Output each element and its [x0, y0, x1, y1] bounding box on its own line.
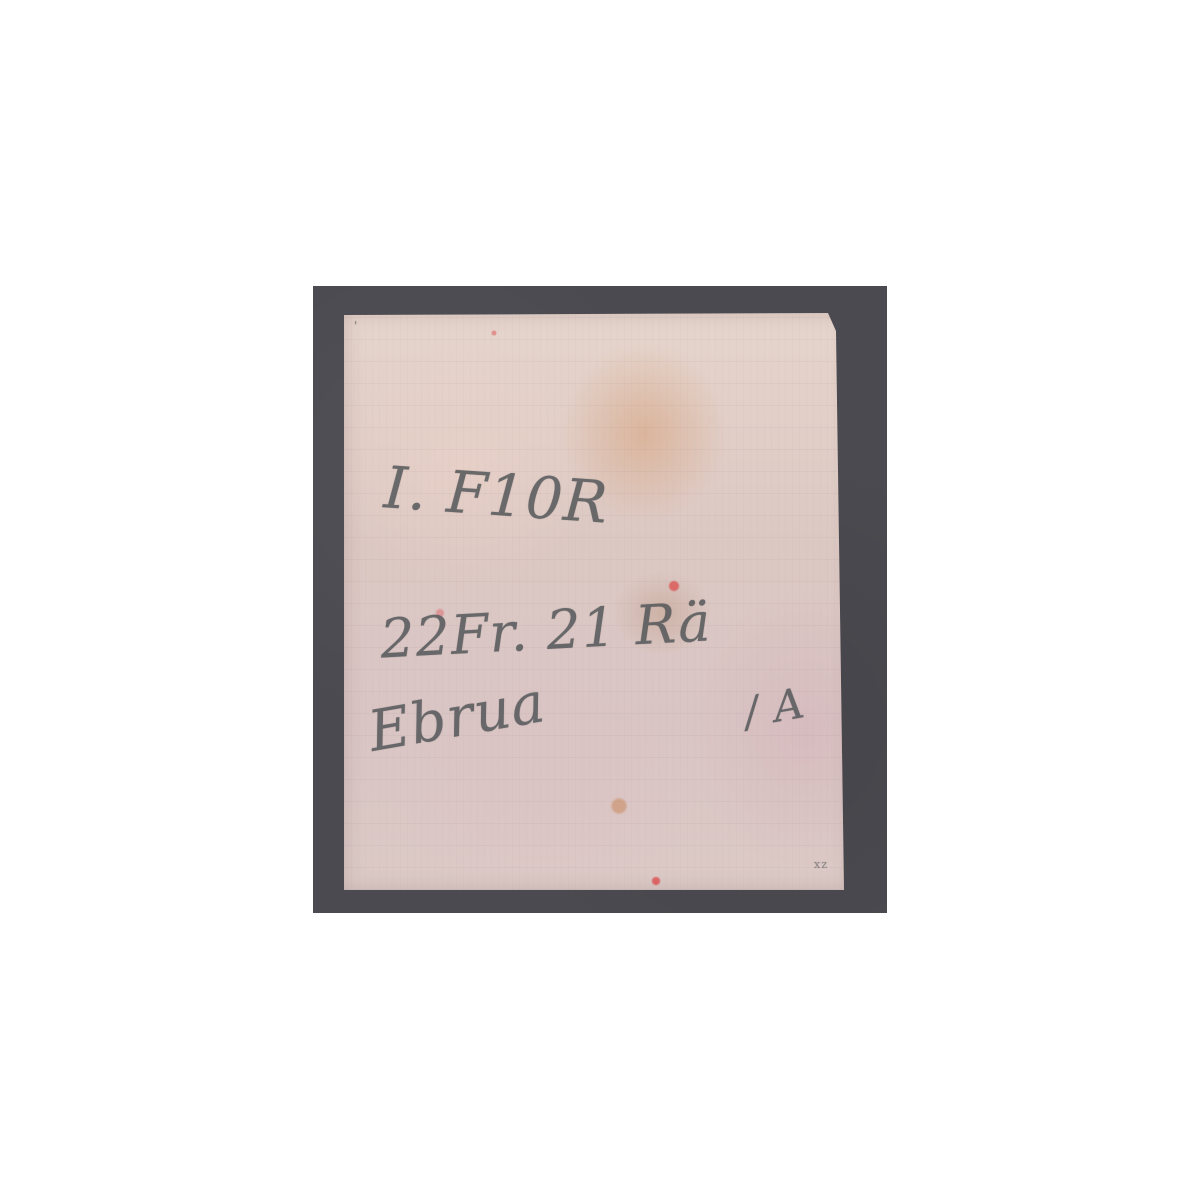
handwritten-line-1: I. F10R	[382, 453, 611, 536]
handwritten-line-3: Ebrua	[364, 670, 551, 765]
small-pencil-mark: xz	[814, 858, 828, 871]
handwritten-line-2: 22Fr. 21 Rä	[379, 590, 713, 670]
corner-pencil-mark: '	[354, 319, 358, 333]
pencil-annotations: I. F10R 22Fr. 21 Rä Ebrua / A ' xz	[344, 313, 850, 890]
handwritten-mark: / A	[740, 678, 808, 737]
